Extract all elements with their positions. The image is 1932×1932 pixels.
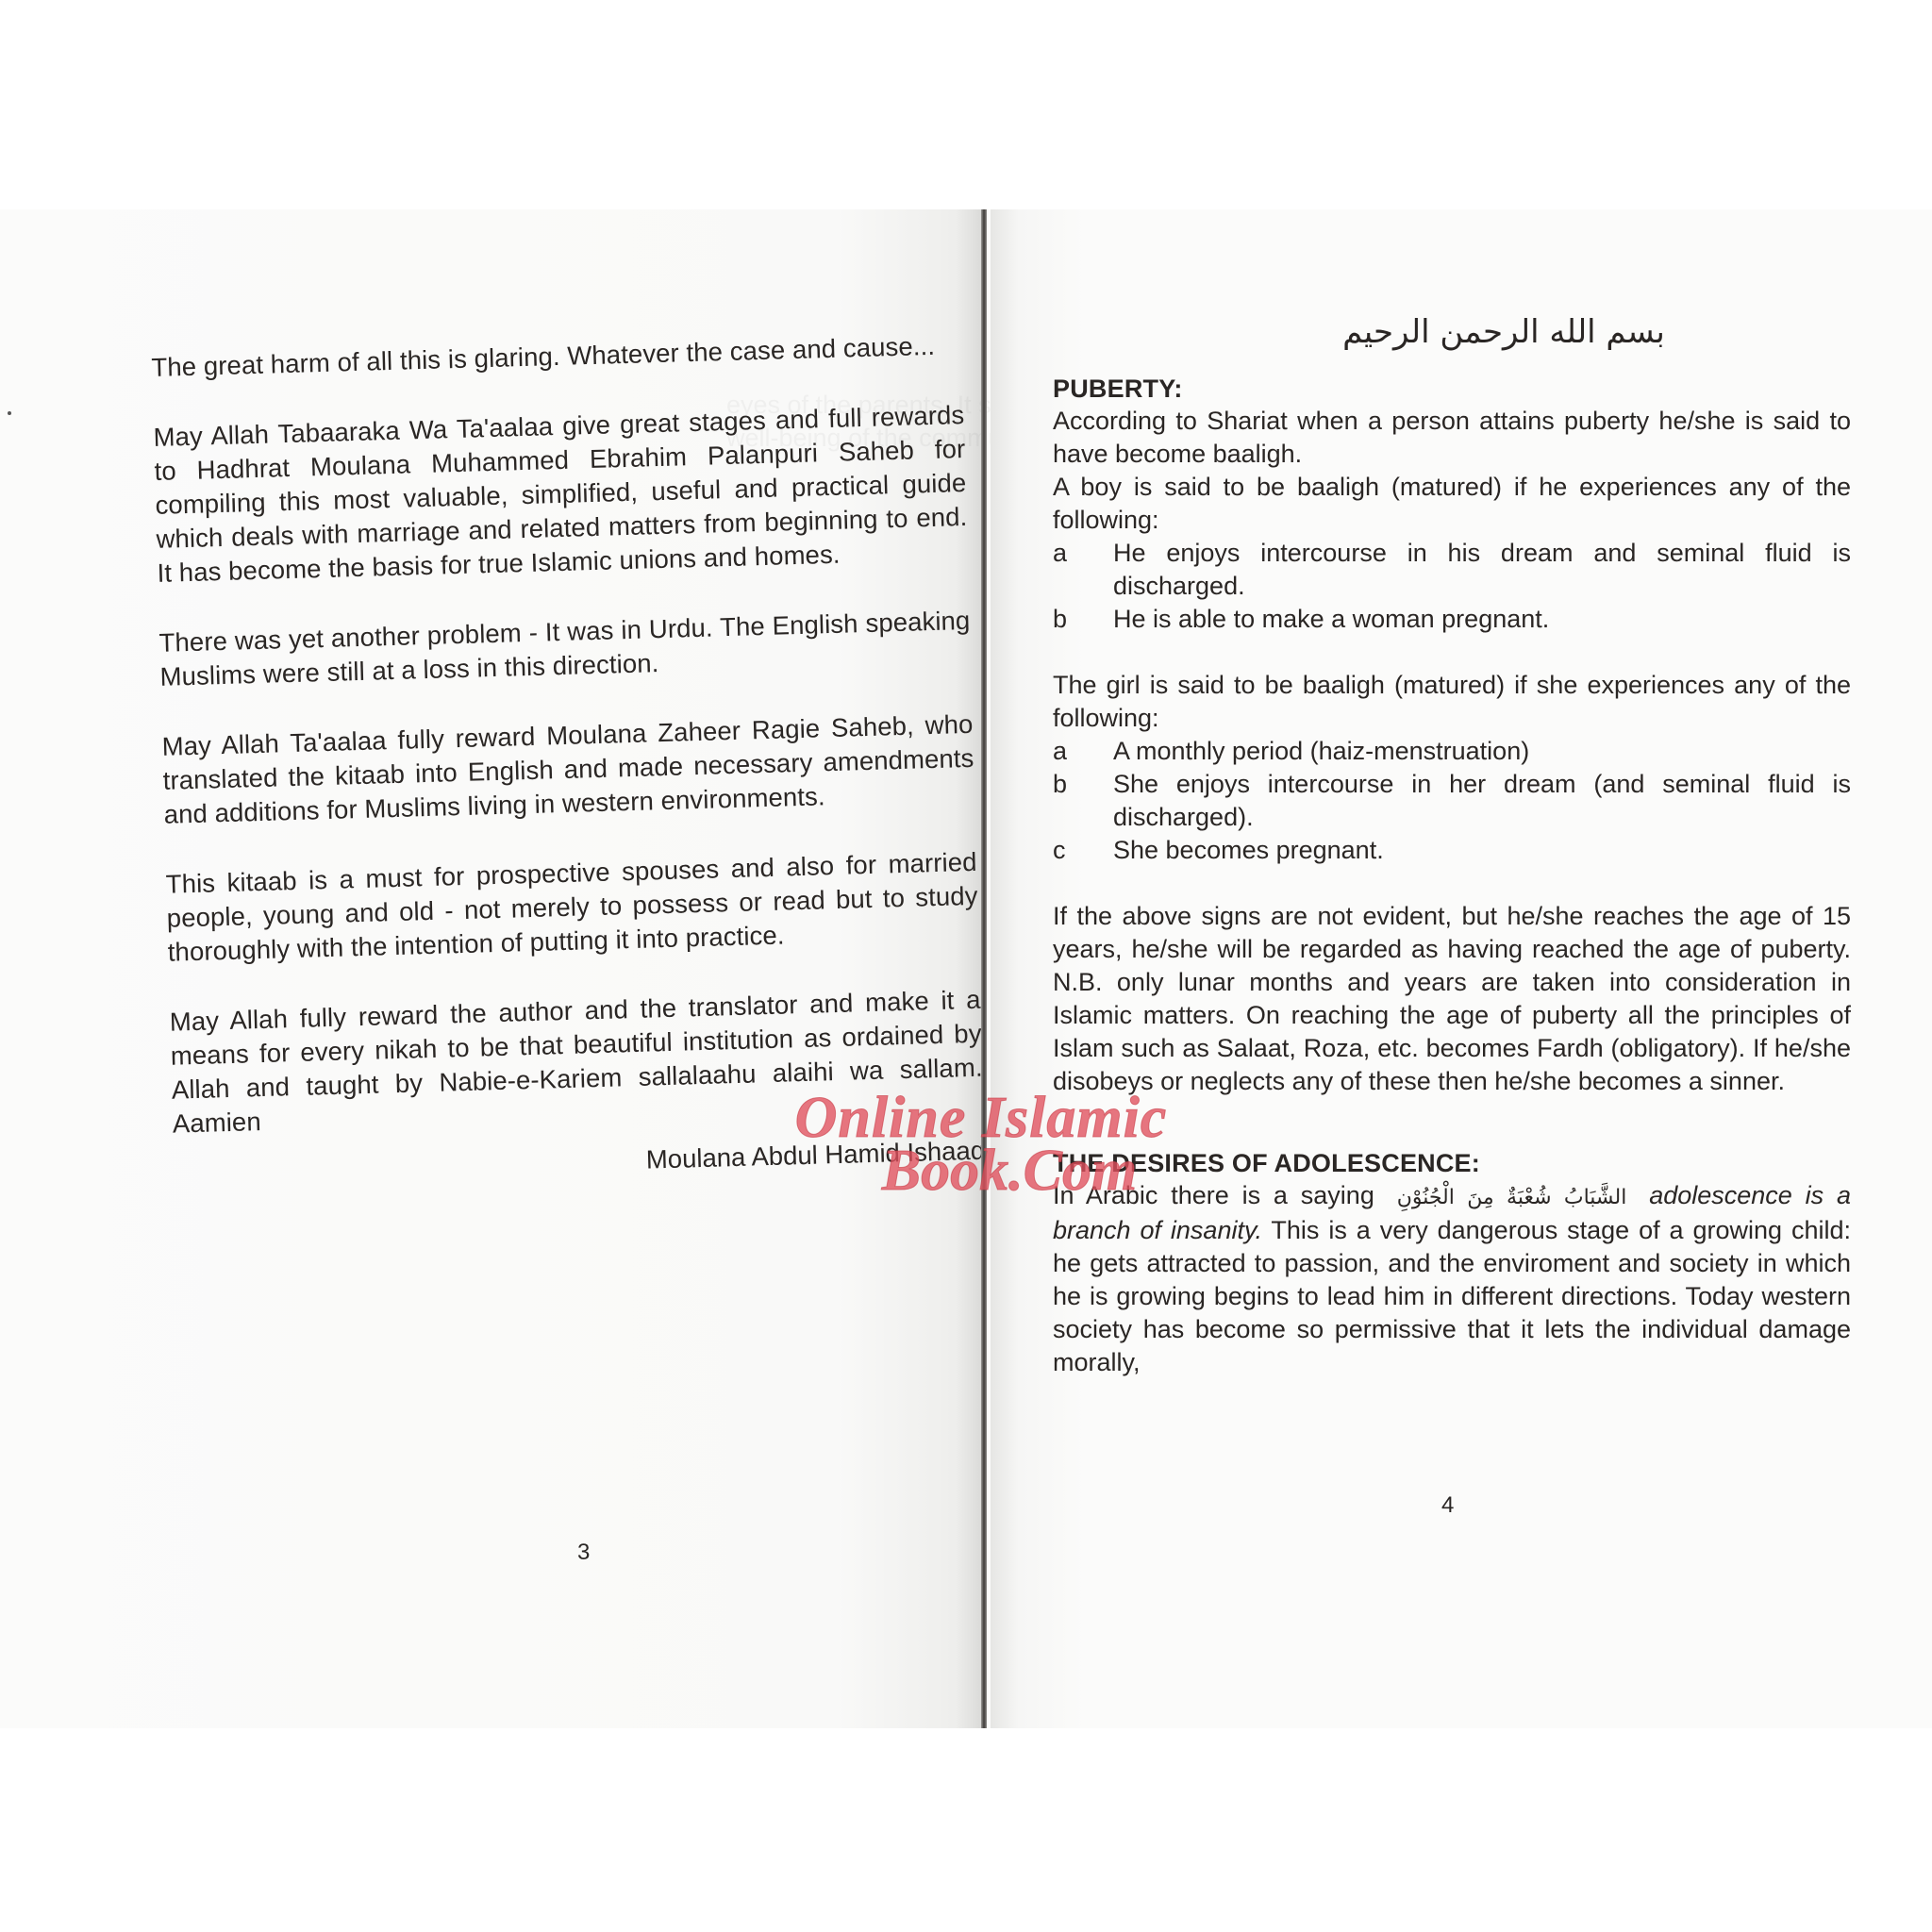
scan-speck [8,411,11,415]
list-marker: b [1053,603,1113,636]
paragraph: According to Shariat when a person attai… [1053,405,1851,471]
paragraph: May Allah fully reward the author and th… [169,983,984,1141]
list-marker: a [1053,735,1113,768]
section-heading-adolescence: THE DESIRES OF ADOLESCENCE: [1053,1147,1851,1179]
paragraph: A boy is said to be baaligh (matured) if… [1053,471,1851,537]
arabic-saying: الشَّبَابُ شُعْبَةٌ مِنَ الْجُنُوْنِ [1397,1186,1627,1209]
paragraph: If the above signs are not evident, but … [1053,900,1851,1098]
paragraph: May Allah Tabaaraka Wa Ta'aalaa give gre… [153,398,969,591]
list-marker: a [1053,537,1113,603]
list-text: He is able to make a woman pregnant. [1113,603,1851,636]
book-spine [981,209,987,1728]
paragraph: The girl is said to be baaligh (matured)… [1053,669,1851,735]
paragraph: May Allah Ta'aalaa fully reward Moulana … [161,708,975,832]
section-heading-puberty: PUBERTY: [1053,373,1851,405]
left-page: eyes of the parents. It stabilises socie… [0,209,985,1728]
list-text: She becomes pregnant. [1113,834,1851,867]
page-number-left: 3 [577,1540,590,1566]
list-item: a A monthly period (haiz-menstruation) [1053,735,1851,768]
list-text: She enjoys intercourse in her dream (and… [1113,768,1851,834]
list-item: c She becomes pregnant. [1053,834,1851,867]
list-marker: c [1053,834,1113,867]
paragraph: There was yet another problem - It was i… [158,604,972,694]
page-number-right: 4 [1441,1492,1454,1519]
right-page-text: بسم الله الرحمن الرحيم PUBERTY: Accordin… [1053,308,1851,1379]
text-lead: In Arabic there is a saying [1053,1181,1374,1209]
list-item: b She enjoys intercourse in her dream (a… [1053,768,1851,834]
book-spread: eyes of the parents. It stabilises socie… [0,209,1932,1728]
paragraph: The great harm of all this is glaring. W… [151,328,963,385]
list-item: a He enjoys intercourse in his dream and… [1053,537,1851,603]
list-item: b He is able to make a woman pregnant. [1053,603,1851,636]
list-marker: b [1053,768,1113,834]
list-text: A monthly period (haiz-menstruation) [1113,735,1851,768]
signature: Moulana Abdul Hamid Ishaaq [174,1134,986,1191]
bismillah-heading: بسم الله الرحمن الرحيم [1157,308,1851,356]
left-page-text: The great harm of all this is glaring. W… [151,328,986,1191]
paragraph: This kitaab is a must for prospective sp… [165,845,979,970]
paragraph: In Arabic there is a saying الشَّبَابُ ش… [1053,1179,1851,1379]
list-text: He enjoys intercourse in his dream and s… [1113,537,1851,603]
